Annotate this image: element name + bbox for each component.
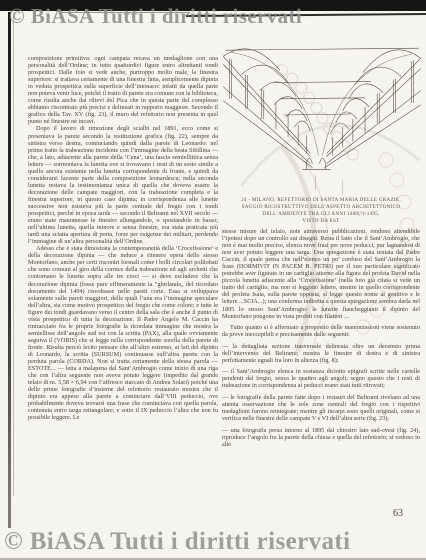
figure-caption-line: 24 - MILANO, REFETTORIO DI SANTA MARIA D… — [222, 197, 420, 204]
list-item-paragraph: — una fotografia presa intorno al 1895 d… — [222, 427, 420, 448]
list-item-paragraph: — la dettagliata sezione trasversale del… — [222, 343, 420, 364]
paragraph: stesse misure del telaio, note attravers… — [222, 228, 420, 320]
paragraph: Tutto quanto si è affermato a proposito … — [222, 324, 420, 338]
scan-gutter-line — [8, 12, 11, 528]
watermark-top: © BiASA Tutti i diritti riservati — [9, 4, 302, 29]
figure-refectory-drawing — [221, 34, 424, 196]
right-text-column: stesse misure del telaio, note attravers… — [222, 228, 420, 521]
figure-caption-line: VISTO DA EST — [222, 218, 420, 225]
list-item-paragraph: — le fotografie della parete fatte dopo … — [222, 394, 420, 422]
scan-gutter-line-thin — [13, 16, 14, 496]
paragraph: composizione primitiva: ogni campata rec… — [28, 55, 218, 125]
paragraph: Dopo il lavoro di rimozione degli scialb… — [28, 125, 218, 245]
scanned-book-page: © BiASA Tutti i diritti riservati © BiAS… — [0, 0, 426, 560]
list-item-paragraph: — il Sant’Ambrogio elenca in sostanza di… — [222, 368, 420, 389]
figure-caption-line: SAGGIO RICOSTRUTTIVO DELL’ASPETTO ARCHIT… — [222, 204, 420, 211]
refectory-perspective-drawing — [221, 34, 424, 196]
figure-caption-line: DELL’AMBIENTE TRA GLI ANNI 1480(?)-1495, — [222, 211, 420, 218]
left-text-column: composizione primitiva: ogni campata rec… — [28, 55, 218, 500]
figure-caption: 24 - MILANO, REFETTORIO DI SANTA MARIA D… — [222, 197, 420, 225]
watermark-bottom: © BiASA Tutti i diritti riservati — [4, 528, 350, 556]
paragraph: Adesso che è stata dimostrata la contemp… — [28, 245, 218, 421]
page-number: 63 — [393, 508, 403, 519]
